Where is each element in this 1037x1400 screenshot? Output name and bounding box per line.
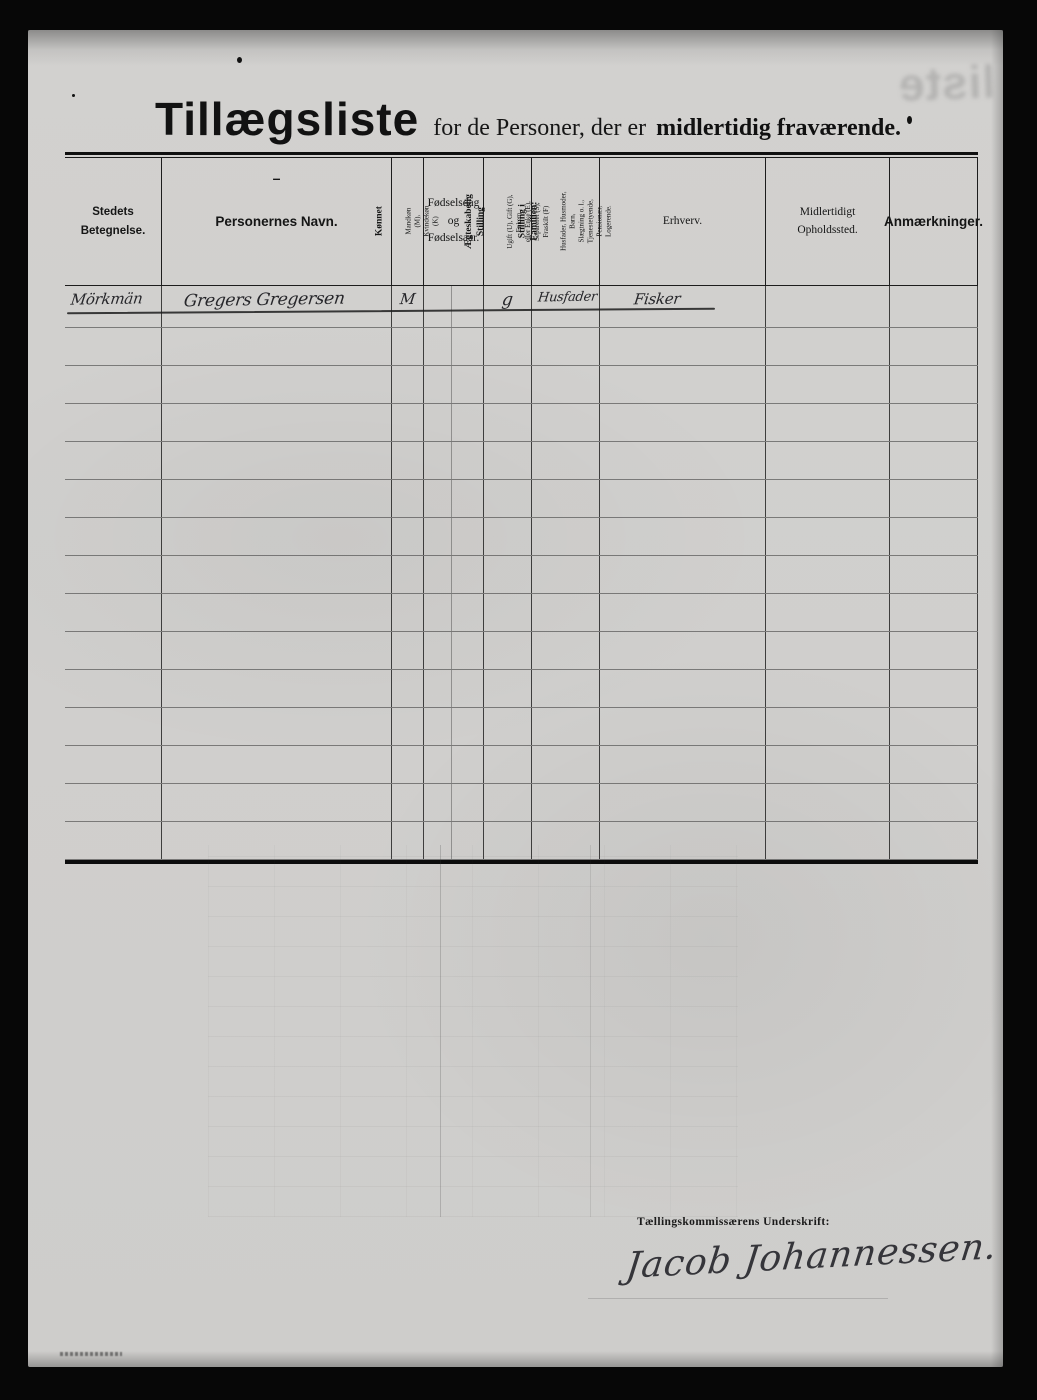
handwritten-entry: M [399, 290, 416, 308]
cell-fodsel [424, 556, 484, 593]
cell-sted [65, 594, 162, 631]
cell-stilling [532, 594, 600, 631]
cell-sted [65, 556, 162, 593]
printer-imprint [60, 1352, 122, 1356]
table-row [65, 480, 978, 518]
header-midlertidigt-opholdssted: Midlertidigt Opholdssted. [766, 158, 890, 285]
signature-handwriting: Jacob Johannessen. [624, 1226, 1000, 1287]
cell-kjon [392, 366, 424, 403]
cell-ophold [766, 518, 890, 555]
table-body: MörkmänGregers GregersenMgHusfaderFisker [65, 286, 978, 860]
cell-fodsel [424, 594, 484, 631]
cell-erhverv [600, 480, 766, 517]
cell-ophold [766, 594, 890, 631]
cell-stilling [532, 632, 600, 669]
cell-stilling [532, 784, 600, 821]
cell-navn [162, 480, 392, 517]
cell-fodsel [424, 404, 484, 441]
cell-kjon [392, 328, 424, 365]
header-kjonnet: Kønnet Mandkøn (M), Kvindekøn (K) [392, 158, 424, 285]
cell-navn [162, 594, 392, 631]
cell-ophold [766, 784, 890, 821]
table-row [65, 366, 978, 404]
cell-fodsel [424, 366, 484, 403]
cell-stilling [532, 708, 600, 745]
signature-label: Tællingskommissærens Underskrift: [637, 1216, 830, 1228]
header-kjonnet-title: Kønnet [374, 206, 386, 237]
header-navn-dash: – [162, 170, 391, 186]
ink-speck [237, 57, 242, 63]
cell-egteskab [484, 480, 532, 517]
table-row [65, 518, 978, 556]
bleedthrough-grid [208, 845, 738, 1217]
cell-anm [890, 480, 978, 517]
cell-fodsel [424, 328, 484, 365]
cell-anm [890, 442, 978, 479]
cell-ophold [766, 822, 890, 859]
cell-navn [162, 328, 392, 365]
cell-sted [65, 518, 162, 555]
cell-sted [65, 708, 162, 745]
cell-anm [890, 784, 978, 821]
cell-fodsel [424, 518, 484, 555]
cell-kjon [392, 404, 424, 441]
page-title-mid: for de Personer, der er [433, 115, 646, 141]
cell-erhverv [600, 746, 766, 783]
handwritten-entry: Fisker [633, 290, 682, 309]
cell-stilling [532, 366, 600, 403]
cell-fodsel [424, 286, 484, 327]
ink-speck [72, 94, 75, 97]
cell-anm [890, 556, 978, 593]
cell-erhverv [600, 366, 766, 403]
scanner-shadow-bottom [28, 1351, 1003, 1367]
cell-egteskab [484, 328, 532, 365]
handwritten-entry: g [501, 290, 514, 310]
cell-ophold [766, 404, 890, 441]
cell-stilling [532, 442, 600, 479]
scanner-shadow-top [28, 30, 1003, 66]
cell-fodsel [424, 442, 484, 479]
bleedthrough-vline-1 [440, 845, 441, 1217]
signature-underline [588, 1298, 888, 1299]
census-form-page: liste Tillægsliste for de Personer, der … [28, 30, 1003, 1367]
cell-ophold [766, 556, 890, 593]
table-row [65, 556, 978, 594]
cell-egteskab [484, 556, 532, 593]
cell-navn [162, 784, 392, 821]
cell-stilling [532, 328, 600, 365]
cell-erhverv: Fisker [600, 286, 766, 327]
header-stilling-title: Stilling i Familien: [517, 188, 541, 255]
page-title-main: Tillægsliste [155, 93, 419, 145]
cell-sted [65, 480, 162, 517]
cell-kjon: M [392, 286, 424, 327]
cell-erhverv [600, 518, 766, 555]
cell-navn [162, 708, 392, 745]
cell-sted [65, 670, 162, 707]
cell-egteskab [484, 746, 532, 783]
cell-sted [65, 328, 162, 365]
cell-egteskab [484, 784, 532, 821]
cell-anm [890, 822, 978, 859]
ink-speck [907, 116, 912, 124]
cell-ophold [766, 746, 890, 783]
cell-kjon [392, 556, 424, 593]
cell-ophold [766, 366, 890, 403]
cell-egteskab [484, 442, 532, 479]
cell-ophold [766, 708, 890, 745]
scan-frame: liste Tillægsliste for de Personer, der … [0, 0, 1037, 1400]
cell-anm [890, 366, 978, 403]
header-stilling-rotated: Stilling i Familien: Husfader, Husmoder,… [532, 158, 599, 285]
cell-fodsel [424, 480, 484, 517]
table-row [65, 328, 978, 366]
table-row [65, 746, 978, 784]
cell-egteskab: g [484, 286, 532, 327]
cell-sted [65, 632, 162, 669]
scanner-shadow-right [991, 30, 1003, 1367]
cell-sted [65, 822, 162, 859]
cell-navn [162, 518, 392, 555]
cell-egteskab [484, 366, 532, 403]
census-table: Stedets Betegnelse. – Personernes Navn. … [65, 152, 978, 864]
cell-erhverv [600, 632, 766, 669]
cell-stilling [532, 670, 600, 707]
table-row [65, 442, 978, 480]
cell-egteskab [484, 708, 532, 745]
cell-fodsel [424, 632, 484, 669]
cell-navn [162, 632, 392, 669]
page-title-bold: midlertidig fraværende. [656, 115, 901, 141]
cell-stilling [532, 404, 600, 441]
cell-sted: Mörkmän [65, 286, 162, 327]
cell-fodsel [424, 670, 484, 707]
header-anmaerkninger: Anmærkninger. [890, 158, 978, 285]
cell-anm [890, 404, 978, 441]
bleedthrough-vline-2 [590, 845, 591, 1217]
cell-navn [162, 746, 392, 783]
cell-erhverv [600, 328, 766, 365]
cell-anm [890, 708, 978, 745]
cell-erhverv [600, 556, 766, 593]
cell-erhverv [600, 594, 766, 631]
cell-anm [890, 518, 978, 555]
header-navn-label: Personernes Navn. [215, 214, 337, 229]
cell-stilling [532, 480, 600, 517]
cell-stilling [532, 746, 600, 783]
cell-egteskab [484, 404, 532, 441]
cell-ophold [766, 442, 890, 479]
table-row [65, 632, 978, 670]
table-header-row: Stedets Betegnelse. – Personernes Navn. … [65, 158, 978, 286]
cell-anm [890, 328, 978, 365]
cell-ophold [766, 480, 890, 517]
cell-ophold [766, 328, 890, 365]
cell-erhverv [600, 442, 766, 479]
cell-egteskab [484, 518, 532, 555]
cell-navn [162, 404, 392, 441]
cell-erhverv [600, 784, 766, 821]
cell-sted [65, 746, 162, 783]
cell-erhverv [600, 404, 766, 441]
cell-sted [65, 404, 162, 441]
cell-navn [162, 670, 392, 707]
handwritten-entry: Mörkmän [70, 289, 144, 308]
cell-egteskab [484, 632, 532, 669]
cell-erhverv [600, 708, 766, 745]
cell-navn [162, 556, 392, 593]
cell-kjon [392, 594, 424, 631]
table-row [65, 784, 978, 822]
cell-anm [890, 594, 978, 631]
cell-erhverv [600, 670, 766, 707]
table-row [65, 404, 978, 442]
cell-kjon [392, 784, 424, 821]
cell-ophold [766, 670, 890, 707]
header-erhverv: Erhverv. [600, 158, 766, 285]
cell-stilling [532, 556, 600, 593]
cell-stilling [532, 518, 600, 555]
handwritten-entry: Husfader [537, 289, 598, 305]
cell-kjon [392, 518, 424, 555]
handwritten-entry: Gregers Gregersen [183, 289, 346, 312]
cell-navn [162, 442, 392, 479]
table-row [65, 708, 978, 746]
cell-stilling: Husfader [532, 286, 600, 327]
header-kjonnet-rotated: Kønnet Mandkøn (M), Kvindekøn (K) [392, 158, 423, 285]
cell-egteskab [484, 670, 532, 707]
table-row: MörkmänGregers GregersenMgHusfaderFisker [65, 286, 978, 328]
table-row [65, 594, 978, 632]
header-stilling-familien: Stilling i Familien: Husfader, Husmoder,… [532, 158, 600, 285]
cell-ophold [766, 632, 890, 669]
cell-ophold [766, 286, 890, 327]
cell-sted [65, 442, 162, 479]
cell-navn: Gregers Gregersen [162, 286, 392, 327]
cell-kjon [392, 708, 424, 745]
cell-sted [65, 784, 162, 821]
cell-fodsel [424, 708, 484, 745]
header-aegteskabelig-title: Ægteskabelig Stilling [464, 194, 488, 249]
cell-kjon [392, 670, 424, 707]
cell-fodsel [424, 746, 484, 783]
cell-kjon [392, 442, 424, 479]
cell-anm [890, 632, 978, 669]
cell-sted [65, 366, 162, 403]
cell-anm [890, 286, 978, 327]
cell-fodsel [424, 784, 484, 821]
cell-kjon [392, 632, 424, 669]
table-row [65, 670, 978, 708]
cell-egteskab [484, 594, 532, 631]
cell-kjon [392, 746, 424, 783]
header-stedets-betegnelse: Stedets Betegnelse. [65, 158, 162, 285]
cell-anm [890, 670, 978, 707]
cell-anm [890, 746, 978, 783]
cell-kjon [392, 480, 424, 517]
cell-navn [162, 366, 392, 403]
page-title: Tillægsliste for de Personer, der er mid… [98, 92, 958, 146]
